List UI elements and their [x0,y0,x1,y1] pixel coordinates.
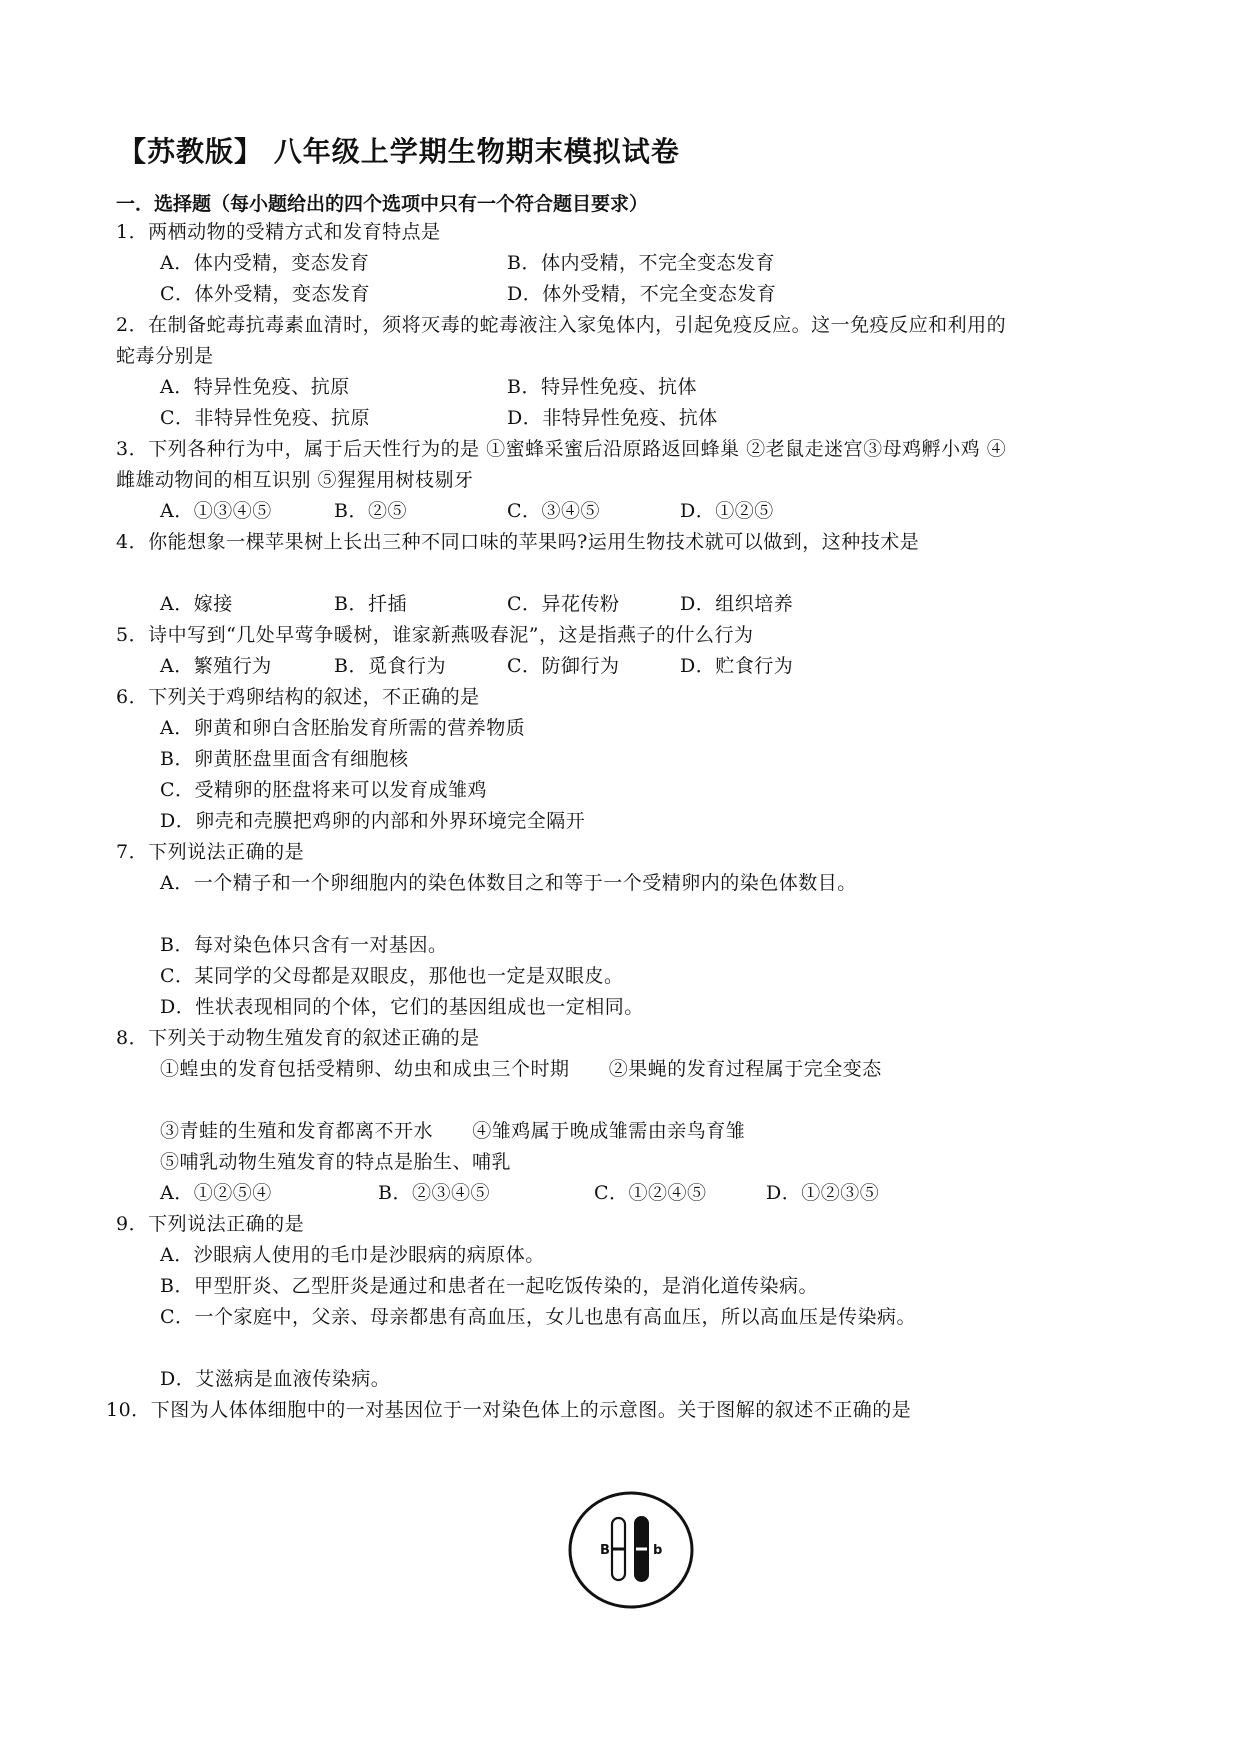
option-c: C．某同学的父母都是双眼皮，那他也一定是双眼皮。 [160,964,624,988]
option-d: D．贮食行为 [680,654,793,678]
question-stem: 3．下列各种行为中，属于后天性行为的是 ①蜜蜂采蜜后沿原路返回蜂巢 ②老鼠走迷宫… [116,437,1006,461]
option-a: A．繁殖行为 [160,654,272,678]
statement-line: ③青蛙的生殖和发育都离不开水 ④雏鸡属于晚成雏需由亲鸟育雏 [160,1119,745,1143]
option-b: B．特异性免疫、抗体 [507,375,697,399]
statement-line: ⑤哺乳动物生殖发育的特点是胎生、哺乳 [160,1150,511,1174]
option-b: B．体内受精，不完全变态发育 [507,251,775,275]
question-stem: 10．下图为人体体细胞中的一对基因位于一对染色体上的示意图。关于图解的叙述不正确… [106,1398,911,1422]
gene-label-B: B [600,1543,610,1558]
exam-page: 【苏教版】 八年级上学期生物期末模拟试卷 一．选择题（每小题给出的四个选项中只有… [0,0,1241,1754]
page-title: 【苏教版】 八年级上学期生物期末模拟试卷 [118,130,680,170]
option-b: B．觅食行为 [334,654,446,678]
question-stem-continued: 雌雄动物间的相互识别 ⑤猩猩用树枝剔牙 [116,468,474,492]
statement-line: ①蝗虫的发育包括受精卵、幼虫和成虫三个时期 ②果蝇的发育过程属于完全变态 [160,1057,882,1081]
option-c: C．一个家庭中，父亲、母亲都患有高血压，女儿也患有高血压，所以高血压是传染病。 [160,1305,916,1329]
option-a: A．体内受精，变态发育 [160,251,369,275]
option-c: C．异花传粉 [507,592,620,616]
option-a: A．特异性免疫、抗原 [160,375,350,399]
option-b: B．甲型肝炎、乙型肝炎是通过和患者在一起吃饭传染的，是消化道传染病。 [160,1274,818,1298]
option-b: B．卵黄胚盘里面含有细胞核 [160,747,408,771]
option-b: B．扦插 [334,592,407,616]
question-stem: 9．下列说法正确的是 [116,1212,304,1236]
option-b: B．②⑤ [334,499,407,523]
question-stem: 2．在制备蛇毒抗毒素血清时，须将灭毒的蛇毒液注入家兔体内，引起免疫反应。这一免疫… [116,313,1006,337]
option-a: A．嫁接 [160,592,233,616]
option-d: D．体外受精，不完全变态发育 [507,282,776,306]
option-c: C．受精卵的胚盘将来可以发育成雏鸡 [160,778,487,802]
chromosome-pair-figure: B b [556,1488,706,1613]
option-b: B．每对染色体只含有一对基因。 [160,933,447,957]
question-stem: 5．诗中写到“几处早莺争暖树，谁家新燕吸春泥”，这是指燕子的什么行为 [116,623,754,647]
option-d: D．艾滋病是血液传染病。 [160,1367,390,1391]
option-c: C．非特异性免疫、抗原 [160,406,370,430]
option-a: A．一个精子和一个卵细胞内的染色体数目之和等于一个受精卵内的染色体数目。 [160,871,857,895]
option-a: A．卵黄和卵白含胚胎发育所需的营养物质 [160,716,525,740]
cell-diagram-icon: B b [556,1488,706,1613]
option-d: D．组织培养 [680,592,793,616]
option-c: C．③④⑤ [507,499,600,523]
option-d: D．①②③⑤ [766,1181,879,1205]
option-d: D．卵壳和壳膜把鸡卵的内部和外界环境完全隔开 [160,809,585,833]
question-stem-continued: 蛇毒分别是 [116,344,214,368]
gene-label-b: b [653,1543,662,1558]
option-a: A．①③④⑤ [160,499,272,523]
question-stem: 4．你能想象一棵苹果树上长出三种不同口味的苹果吗?运用生物技术就可以做到，这种技… [116,530,919,554]
option-a: A．沙眼病人使用的毛巾是沙眼病的病原体。 [160,1243,545,1267]
option-d: D．性状表现相同的个体，它们的基因组成也一定相同。 [160,995,644,1019]
question-stem: 8．下列关于动物生殖发育的叙述正确的是 [116,1026,480,1050]
option-d: D．非特异性免疫、抗体 [507,406,718,430]
option-b: B．②③④⑤ [378,1181,490,1205]
question-stem: 7．下列说法正确的是 [116,840,304,864]
option-c: C．①②④⑤ [594,1181,707,1205]
option-a: A．①②⑤④ [160,1181,272,1205]
option-c: C．防御行为 [507,654,620,678]
option-d: D．①②⑤ [680,499,774,523]
question-stem: 6．下列关于鸡卵结构的叙述，不正确的是 [116,685,480,709]
option-c: C．体外受精，变态发育 [160,282,370,306]
question-stem: 1．两栖动物的受精方式和发育特点是 [116,220,441,244]
section-heading: 一．选择题（每小题给出的四个选项中只有一个符合题目要求） [116,189,648,216]
